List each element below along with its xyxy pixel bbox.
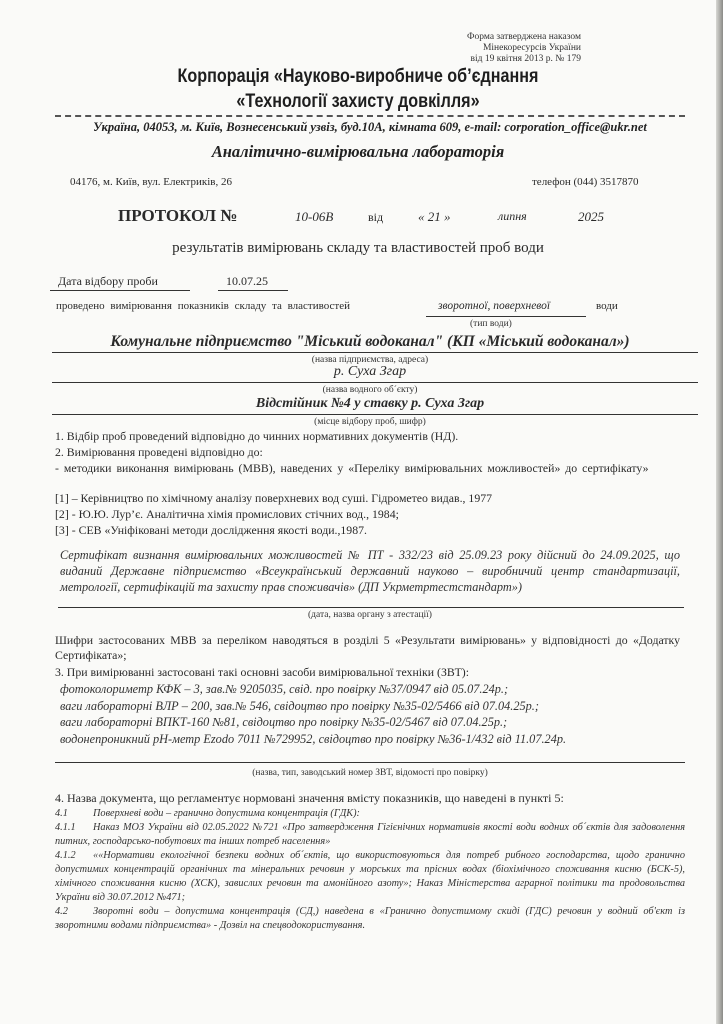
underline <box>52 414 698 415</box>
protocol-from: від <box>368 210 383 225</box>
equipment-item: ваги лабораторні ВПКТ-160 №81, свідоцтво… <box>60 714 680 731</box>
equipment-item: ваги лабораторні ВЛР – 200, зав.№ 546, с… <box>60 698 680 715</box>
sampling-date-label: Дата відбору проби <box>58 274 158 289</box>
protocol-month: липня <box>498 209 527 224</box>
document-page: Форма затверджена наказом Мінекоресурсів… <box>0 0 716 1024</box>
reference-3: [3] - СЕВ «Уніфіковані методи дослідженн… <box>55 523 680 538</box>
underline <box>58 607 684 608</box>
underline <box>52 382 698 383</box>
codes-note: Шифри застосованих МВВ за переліком наво… <box>55 633 680 663</box>
item-text: Наказ МОЗ України від 02.05.2022 №721 «П… <box>55 822 685 847</box>
header-divider <box>55 115 685 119</box>
org-name-line2: «Технології захисту довкілля» <box>54 91 663 113</box>
water-body-caption: (назва водного об´єкту) <box>55 385 685 395</box>
org-address: Україна, 04053, м. Київ, Вознесенський у… <box>55 120 685 135</box>
protocol-year: 2025 <box>578 209 604 225</box>
form-note-line: від 19 квітня 2013 р. № 179 <box>467 54 581 65</box>
item-number: 4.1.2 <box>55 849 93 863</box>
reference-2: [2] - Ю.Ю. Лур’є. Аналітична хімія проми… <box>55 507 680 522</box>
item-text: Зворотні води – допустима концентрація (… <box>55 906 685 931</box>
sampling-place: Відстійник №4 у ставку р. Суха Згар <box>55 396 685 412</box>
protocol-subtitle: результатів вимірювань складу та властив… <box>0 240 716 257</box>
org-name-line1: Корпорація «Науково-виробниче об’єднання <box>54 66 663 88</box>
form-note-line: Мінекоресурсів України <box>467 43 581 54</box>
underline <box>52 352 698 353</box>
section-3-title: 3. При вимірюванні застосовані такі осно… <box>55 665 680 680</box>
item-number: 4.1.1 <box>55 821 93 835</box>
scan-edge <box>716 0 723 1024</box>
protocol-day: « 21 » <box>418 209 451 225</box>
section-4-item: 4.2Зворотні води – допустима концентраці… <box>55 905 685 933</box>
item-number: 4.1 <box>55 807 93 821</box>
equipment-caption: (назва, тип, заводський номер ЗВТ, відом… <box>55 768 685 778</box>
measured-text: проведено вимірювання показників складу … <box>56 300 350 312</box>
section-4-item: 4.1Поверхневі води – гранично допустима … <box>55 807 685 821</box>
lab-address: 04176, м. Київ, вул. Електриків, 26 <box>70 176 232 188</box>
water-suffix: води <box>596 300 618 312</box>
protocol-label: ПРОТОКОЛ № <box>118 206 237 226</box>
underline <box>426 316 586 317</box>
underline <box>55 762 685 763</box>
form-note-line: Форма затверджена наказом <box>467 32 581 43</box>
enterprise-name: Комунальне підприємство "Міський водокан… <box>55 333 685 351</box>
item-text: Поверхневі води – гранично допустима кон… <box>93 808 360 819</box>
section-4-title: 4. Назва документа, що регламентує нормо… <box>55 791 680 806</box>
water-type-caption: (тип води) <box>470 319 512 329</box>
section-4-item: 4.1.2««Нормативи екологічної безпеки вод… <box>55 849 685 905</box>
protocol-number: 10-06В <box>295 209 333 225</box>
section-2-methods: - методики виконання вимірювань (МВВ), н… <box>55 461 680 476</box>
certificate-text: Сертифікат визнання вимірювальних можлив… <box>60 547 680 595</box>
equipment-item: водонепроникний pH-метр Ezodo 7011 №7299… <box>60 731 680 748</box>
equipment-list: фотоколориметр КФК – 3, зав.№ 9205035, с… <box>60 681 680 747</box>
underline <box>218 290 288 291</box>
section-2-title: 2. Вимірювання проведені відповідно до: <box>55 445 680 460</box>
equipment-item: фотоколориметр КФК – 3, зав.№ 9205035, с… <box>60 681 680 698</box>
section-1: 1. Відбір проб проведений відповідно до … <box>55 429 680 444</box>
reference-1: [1] – Керівництво по хімічному аналізу п… <box>55 491 680 506</box>
section-4-items: 4.1Поверхневі води – гранично допустима … <box>55 807 685 933</box>
item-number: 4.2 <box>55 905 93 919</box>
water-type: зворотної, поверхневої <box>438 300 550 312</box>
underline <box>50 290 190 291</box>
item-text: ««Нормативи екологічної безпеки водних о… <box>55 850 685 903</box>
form-approval-note: Форма затверджена наказом Мінекоресурсів… <box>467 32 581 65</box>
lab-phone: телефон (044) 3517870 <box>532 176 639 188</box>
sampling-date-value: 10.07.25 <box>226 274 268 289</box>
lab-name: Аналітично-вимірювальна лабораторія <box>0 142 716 162</box>
section-4-item: 4.1.1Наказ МОЗ України від 02.05.2022 №7… <box>55 821 685 849</box>
sampling-place-caption: (місце відбору проб, шифр) <box>55 417 685 427</box>
water-body: р. Суха Згар <box>55 364 685 380</box>
certificate-caption: (дата, назва органу з атестації) <box>55 610 685 620</box>
